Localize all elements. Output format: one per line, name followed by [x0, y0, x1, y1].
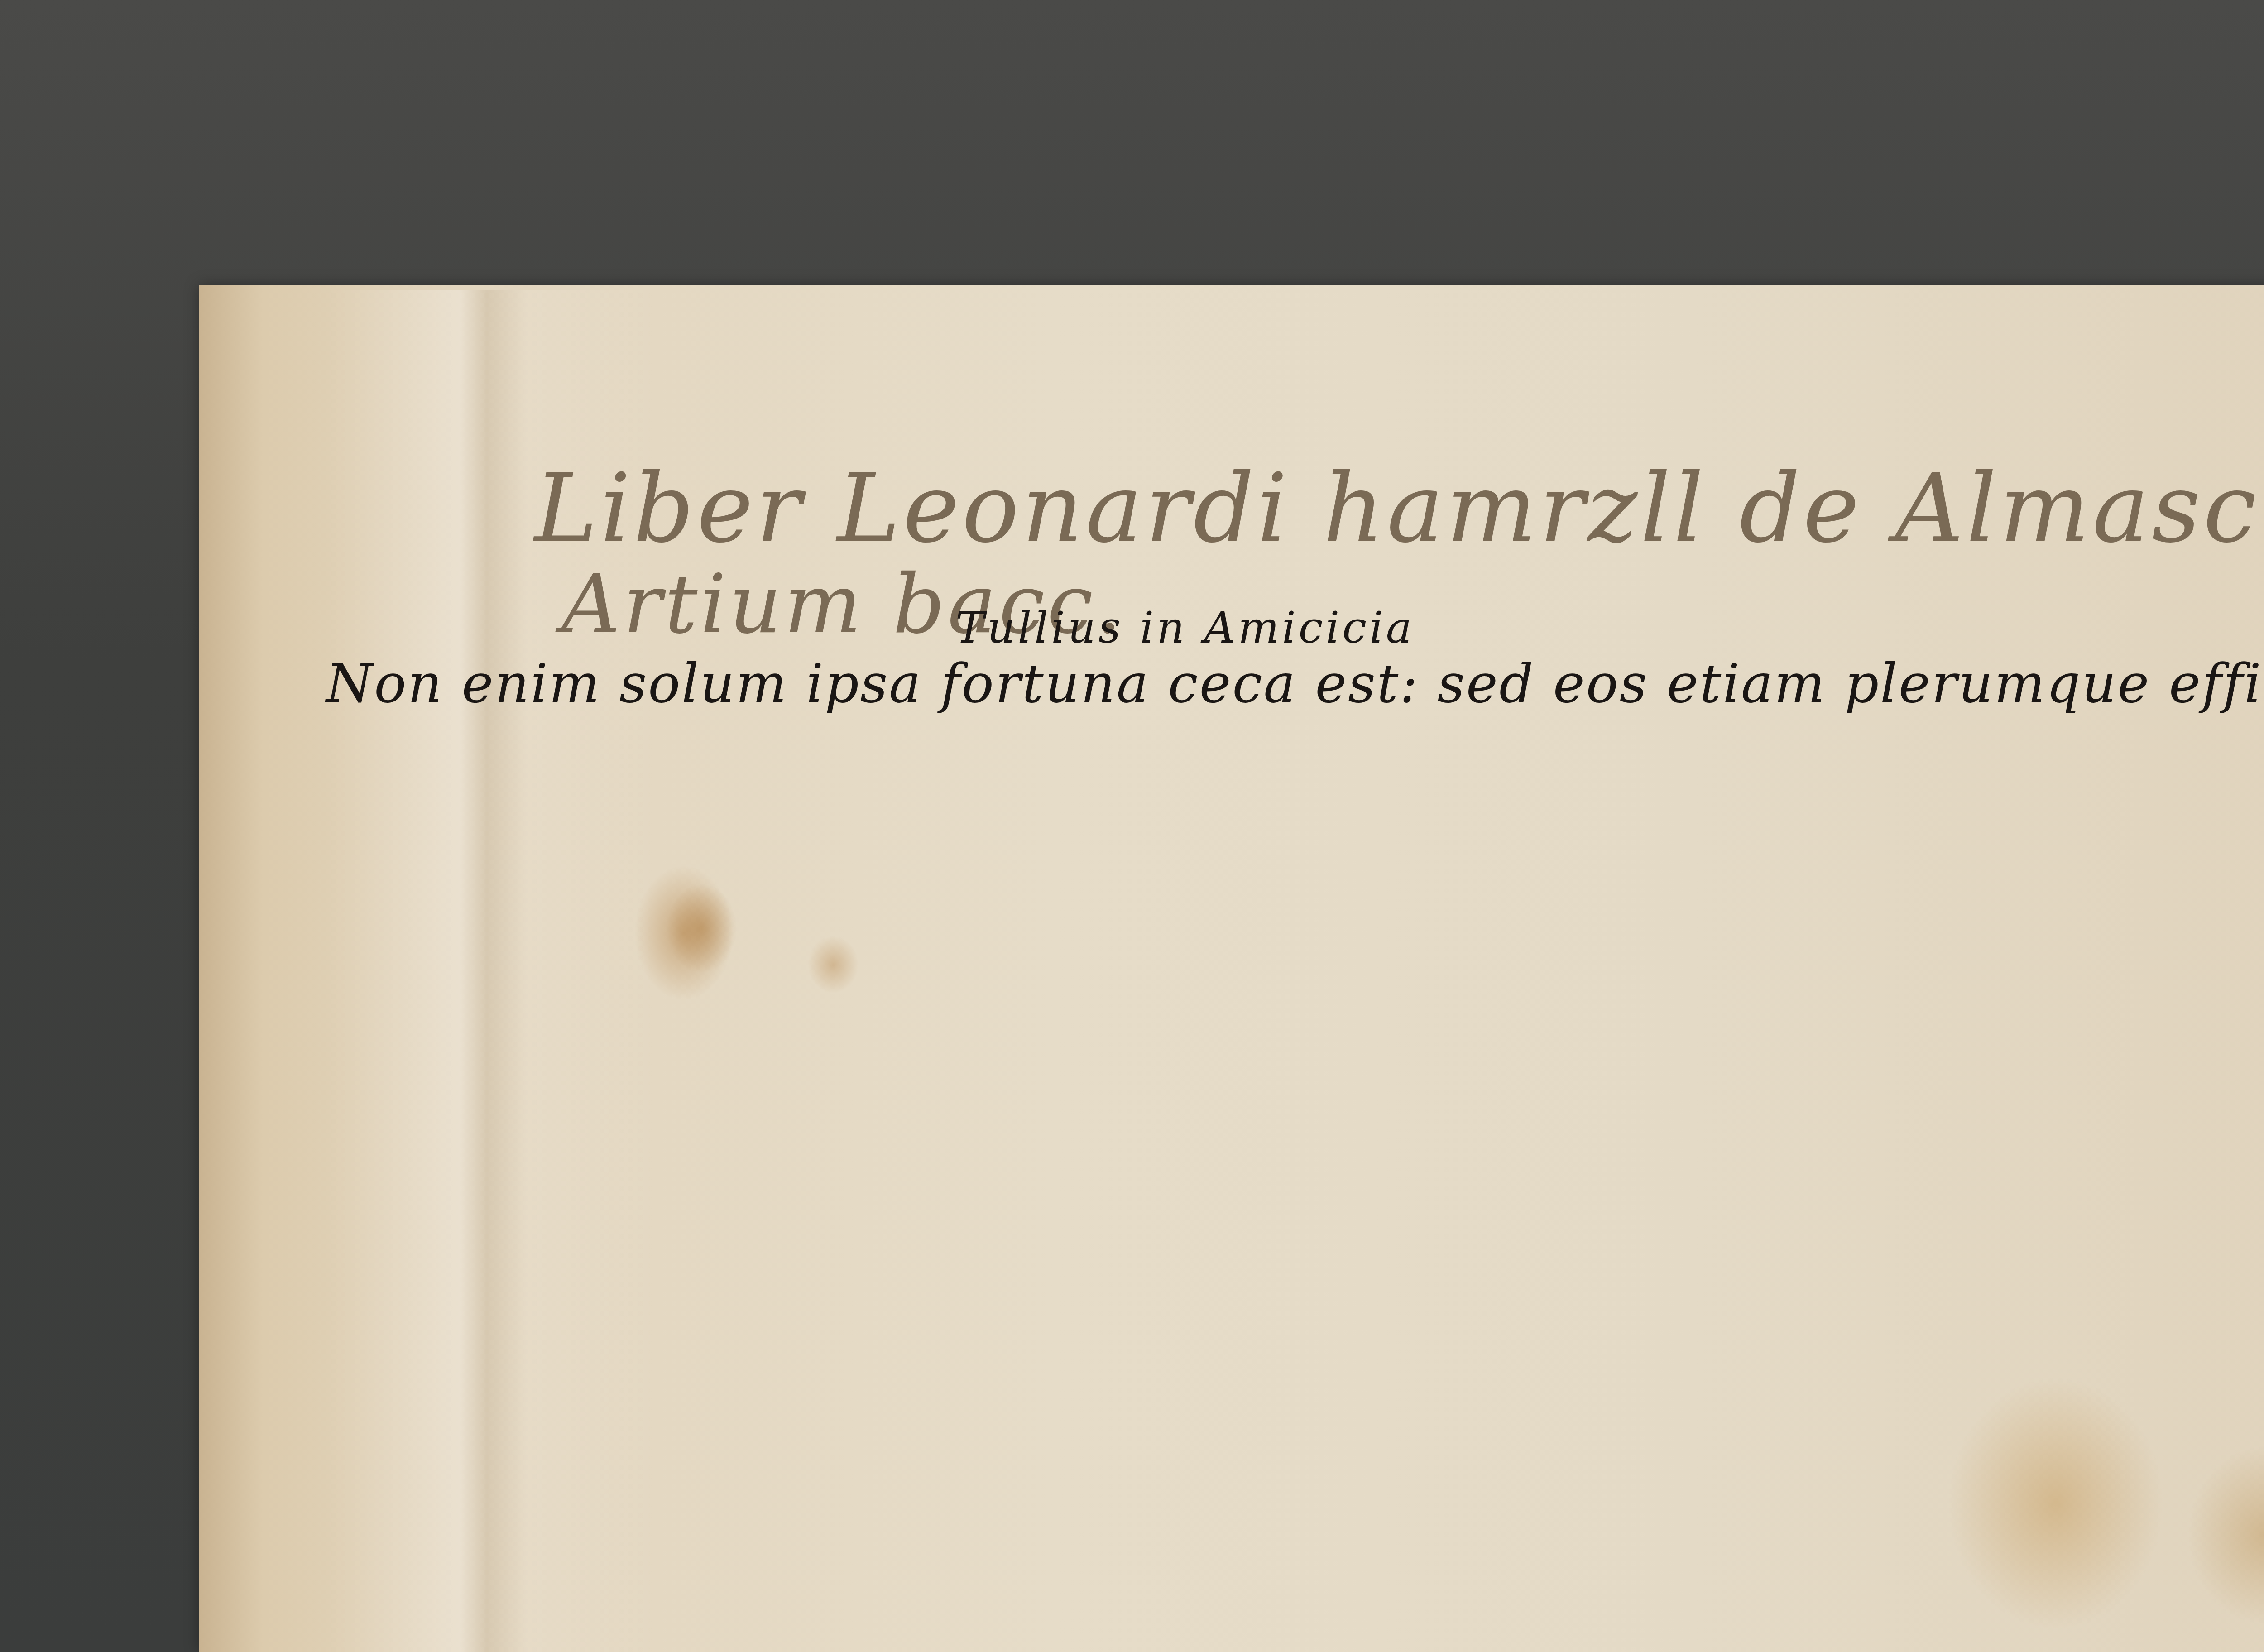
quote-heading: Tullius in Amicicia [955, 602, 1415, 653]
stain [1947, 1377, 2164, 1630]
ownership-inscription-line-1: Liber Leonardi hamrzll de Almasch [534, 453, 2264, 564]
quote-text: Non enim solum ipsa fortuna ceca est: se… [326, 652, 2264, 715]
stain [634, 865, 734, 1001]
